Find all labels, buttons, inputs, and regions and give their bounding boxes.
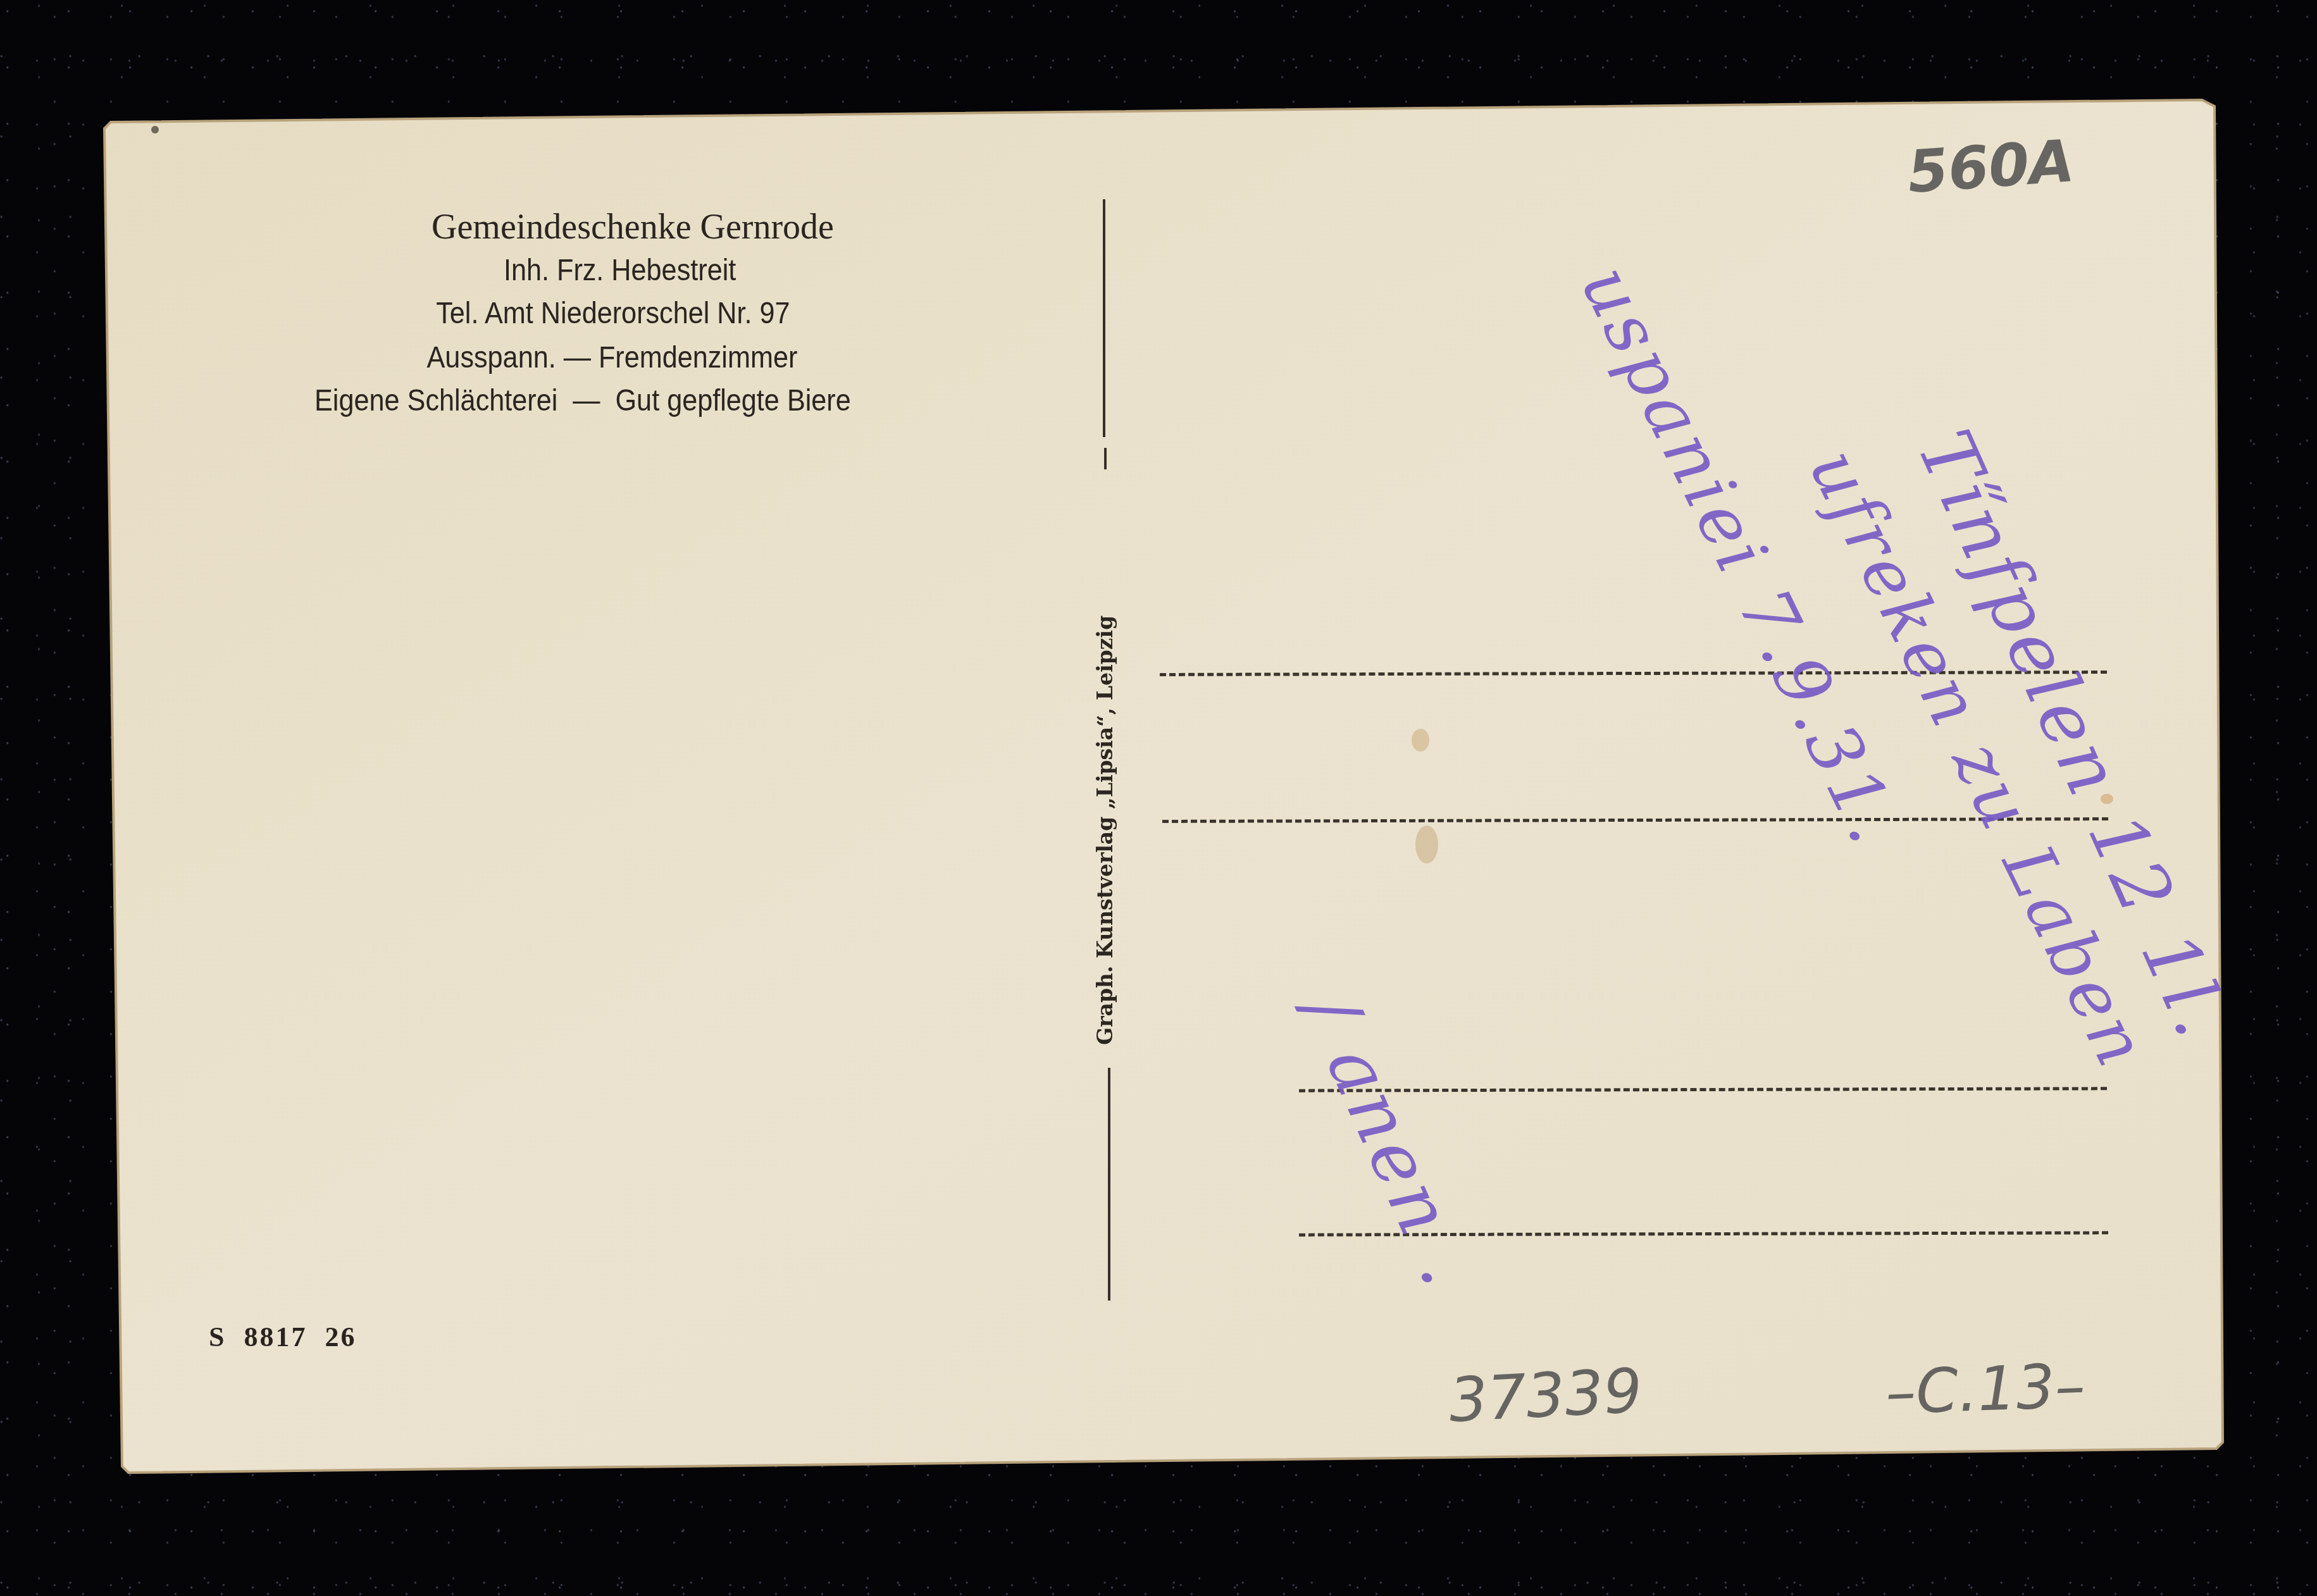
telephone-line: Tel. Amt Niederorschel Nr. 97 (436, 296, 790, 331)
pencil-annotation-bottom-right: –C.13– (1884, 1351, 2086, 1428)
pencil-annotation-top-right: 560A (1906, 127, 2077, 206)
divider-line-bottom (1108, 1068, 1110, 1301)
business-name: Gemeindeschenke Gernrode (432, 207, 834, 247)
services-line: Ausspann. — Fremdenzimmer (427, 340, 798, 375)
proprietor-line: Inh. Frz. Hebestreit (504, 253, 736, 288)
publisher-imprint: Graph. Kunstverlag „Lipsia“, Leipzig (1093, 616, 1117, 1045)
divider-dash (1104, 448, 1107, 469)
divider-line-top (1103, 199, 1105, 437)
amenities-line: Eigene Schlächterei — Gut gepflegte Bier… (314, 383, 851, 418)
catalog-code: S 8817 26 (209, 1321, 356, 1353)
pencil-annotation-bottom-center: 37339 (1447, 1355, 1644, 1436)
